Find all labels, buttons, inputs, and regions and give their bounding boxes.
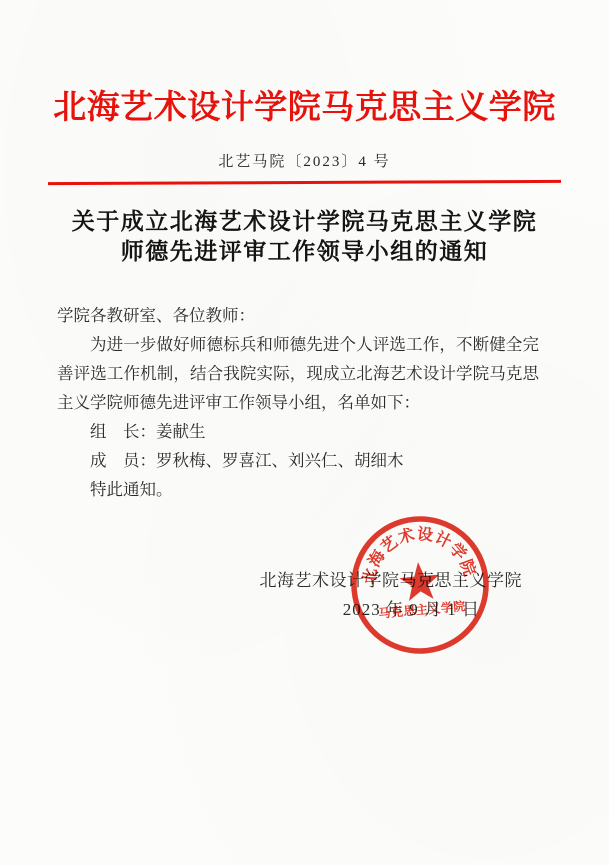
notice-title-line1: 关于成立北海艺术设计学院马克思主义学院 [0,207,609,237]
red-separator-rule [48,180,561,185]
doc-number: 北艺马院〔2023〕4 号 [0,152,609,172]
seal-bottom-text: 马克思主义学院 [378,598,467,621]
notice-title: 关于成立北海艺术设计学院马克思主义学院 师德先进评审工作领导小组的通知 [0,207,609,267]
seal-arc-char: 设 [416,525,434,545]
seal-arc-char: 北 [360,567,381,586]
notice-title-line2: 师德先进评审工作领导小组的通知 [0,237,609,267]
scanned-notice-page: 北海艺术设计学院马克思主义学院 北艺马院〔2023〕4 号 关于成立北海艺术设计… [0,0,609,865]
notice-body: 学院各教研室、各位教师： 为进一步做好师德标兵和师德先进个人评选工作，不断健全完… [57,301,539,504]
official-seal: 北海艺术设计学院 马克思主义学院 [335,500,505,670]
seal-star-icon [398,560,441,601]
body-paragraph: 为进一步做好师德标兵和师德先进个人评选工作，不断健全完善评选工作机制，结合我院实… [57,330,539,417]
leader-line: 组 长：姜献生 [57,417,539,446]
letterhead-title: 北海艺术设计学院马克思主义学院 [0,88,609,128]
members-line: 成 员：罗秋梅、罗喜江、刘兴仁、胡细木 [57,446,539,475]
salutation: 学院各教研室、各位教师： [57,301,539,330]
